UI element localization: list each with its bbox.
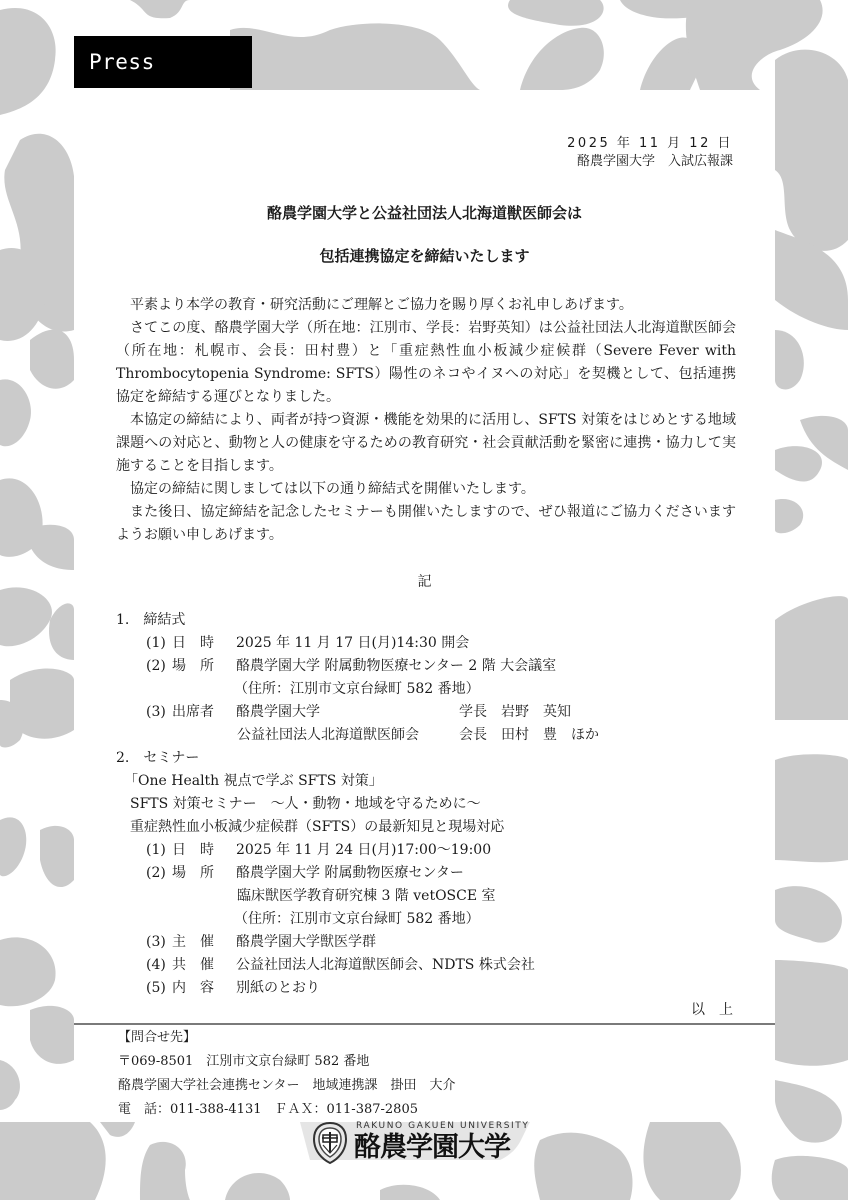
ceremony-item-datetime: (1)日 時2025 年 11 月 17 日(月)14:30 開会: [146, 633, 469, 653]
contact-heading: 【問合せ先】: [118, 1028, 196, 1048]
press-release-tag: Press Release: [74, 36, 252, 88]
item-value: 2025 年 11 月 17 日(月)14:30 開会: [236, 635, 469, 651]
body-paragraph: 平素より本学の教育・研究活動にご理解とご協力を賜り厚くお礼申しあげます。: [116, 294, 736, 317]
item-number: (3): [146, 702, 172, 722]
university-emblem-icon: [312, 1121, 348, 1165]
headline-line-1: 酪農学園大学と公益社団法人北海道獣医師会は: [74, 202, 775, 223]
attendee-role-2: 会長 田村 豊 ほか: [459, 725, 599, 745]
item-value: 酪農学園大学 附属動物医療センター 2 階 大会議室: [236, 658, 556, 674]
seminar-item-venue: (2)場 所酪農学園大学 附属動物医療センター: [146, 863, 464, 883]
logo-english-name: RAKUNO GAKUEN UNIVERSITY: [356, 1121, 529, 1131]
seminar-item-datetime: (1)日 時2025 年 11 月 24 日(月)17:00～19:00: [146, 840, 491, 860]
item-label: 共 催: [172, 955, 236, 975]
section-heading-ceremony: 1. 締結式: [116, 610, 185, 630]
seminar-venue-address: （住所：江別市文京台緑町 582 番地）: [234, 909, 480, 929]
item-number: (5): [146, 978, 172, 998]
ceremony-item-venue: (2)場 所酪農学園大学 附属動物医療センター 2 階 大会議室: [146, 656, 556, 676]
issuing-department: 酪農学園大学 入試広報課: [577, 152, 733, 172]
headline-line-2: 包括連携協定を締結いたします: [74, 245, 775, 266]
item-label: 場 所: [172, 656, 236, 676]
document-page: 2025 年 11 月 12 日 酪農学園大学 入試広報課 酪農学園大学と公益社…: [74, 90, 775, 1122]
body-paragraph: 本協定の締結により、両者が持つ資源・機能を効果的に活用し、SFTS 対策をはじめ…: [116, 409, 736, 478]
ceremony-venue-address: （住所：江別市文京台緑町 582 番地）: [234, 679, 480, 699]
item-label: 主 催: [172, 932, 236, 952]
item-number: (1): [146, 633, 172, 653]
item-value: 酪農学園大学 附属動物医療センター: [236, 865, 464, 881]
body-paragraph: さてこの度、酪農学園大学（所在地：江別市、学長：岩野英知）は公益社団法人北海道獣…: [116, 317, 736, 409]
contact-address: 〒069-8501 江別市文京台緑町 582 番地: [118, 1052, 369, 1072]
item-label: 日 時: [172, 633, 236, 653]
item-label: 場 所: [172, 863, 236, 883]
item-number: (2): [146, 863, 172, 883]
item-number: (4): [146, 955, 172, 975]
closing-mark: 以 上: [691, 1000, 733, 1020]
seminar-title-2: SFTS 対策セミナー ～人・動物・地域を守るために～: [130, 794, 481, 814]
item-value: 公益社団法人北海道獣医師会、NDTS 株式会社: [236, 957, 535, 973]
seminar-title-3: 重症熱性血小板減少症候群（SFTS）の最新知見と現場対応: [130, 817, 504, 837]
seminar-venue-building: 臨床獣医学教育研究棟 3 階 vetOSCE 室: [237, 886, 496, 906]
body-paragraph: また後日、協定締結を記念したセミナーも開催いたしますので、ぜひ報道にご協力くださ…: [116, 501, 736, 547]
attendee-org-2: 公益社団法人北海道獣医師会: [237, 725, 419, 745]
item-number: (1): [146, 840, 172, 860]
seminar-item-content: (5)内 容別紙のとおり: [146, 978, 320, 998]
item-value: 別紙のとおり: [236, 980, 320, 996]
seminar-item-organizer: (3)主 催酪農学園大学獣医学群: [146, 932, 376, 952]
logo-japanese-name: 酪農学園大学: [354, 1131, 510, 1165]
item-number: (3): [146, 932, 172, 952]
release-date: 2025 年 11 月 12 日: [567, 134, 733, 154]
divider-rule: [74, 1023, 775, 1025]
section-heading-seminar: 2. セミナー: [116, 748, 199, 768]
item-label: 出席者: [172, 702, 236, 722]
item-value: 2025 年 11 月 24 日(月)17:00～19:00: [236, 842, 491, 858]
contact-office: 酪農学園大学社会連携センター 地域連携課 掛田 大介: [118, 1076, 455, 1096]
body-paragraph: 協定の締結に関しましては以下の通り締結式を開催いたします。: [116, 478, 736, 501]
seminar-item-co-organizer: (4)共 催公益社団法人北海道獣医師会、NDTS 株式会社: [146, 955, 535, 975]
seminar-title-1: 「One Health 視点で学ぶ SFTS 対策」: [124, 771, 383, 791]
item-value: 酪農学園大学: [236, 704, 320, 720]
contact-phone-fax: 電 話：011-388-4131 ＦＡＸ：011-387-2805: [118, 1100, 418, 1120]
ceremony-item-attendees: (3)出席者酪農学園大学: [146, 702, 320, 722]
item-label: 内 容: [172, 978, 236, 998]
attendee-role-1: 学長 岩野 英知: [459, 702, 571, 722]
item-number: (2): [146, 656, 172, 676]
ki-marker: 記: [74, 571, 775, 591]
body-text: 平素より本学の教育・研究活動にご理解とご協力を賜り厚くお礼申しあげます。 さてこ…: [116, 294, 736, 547]
item-label: 日 時: [172, 840, 236, 860]
university-logo: RAKUNO GAKUEN UNIVERSITY 酪農学園大学: [312, 1121, 542, 1165]
item-value: 酪農学園大学獣医学群: [236, 934, 376, 950]
